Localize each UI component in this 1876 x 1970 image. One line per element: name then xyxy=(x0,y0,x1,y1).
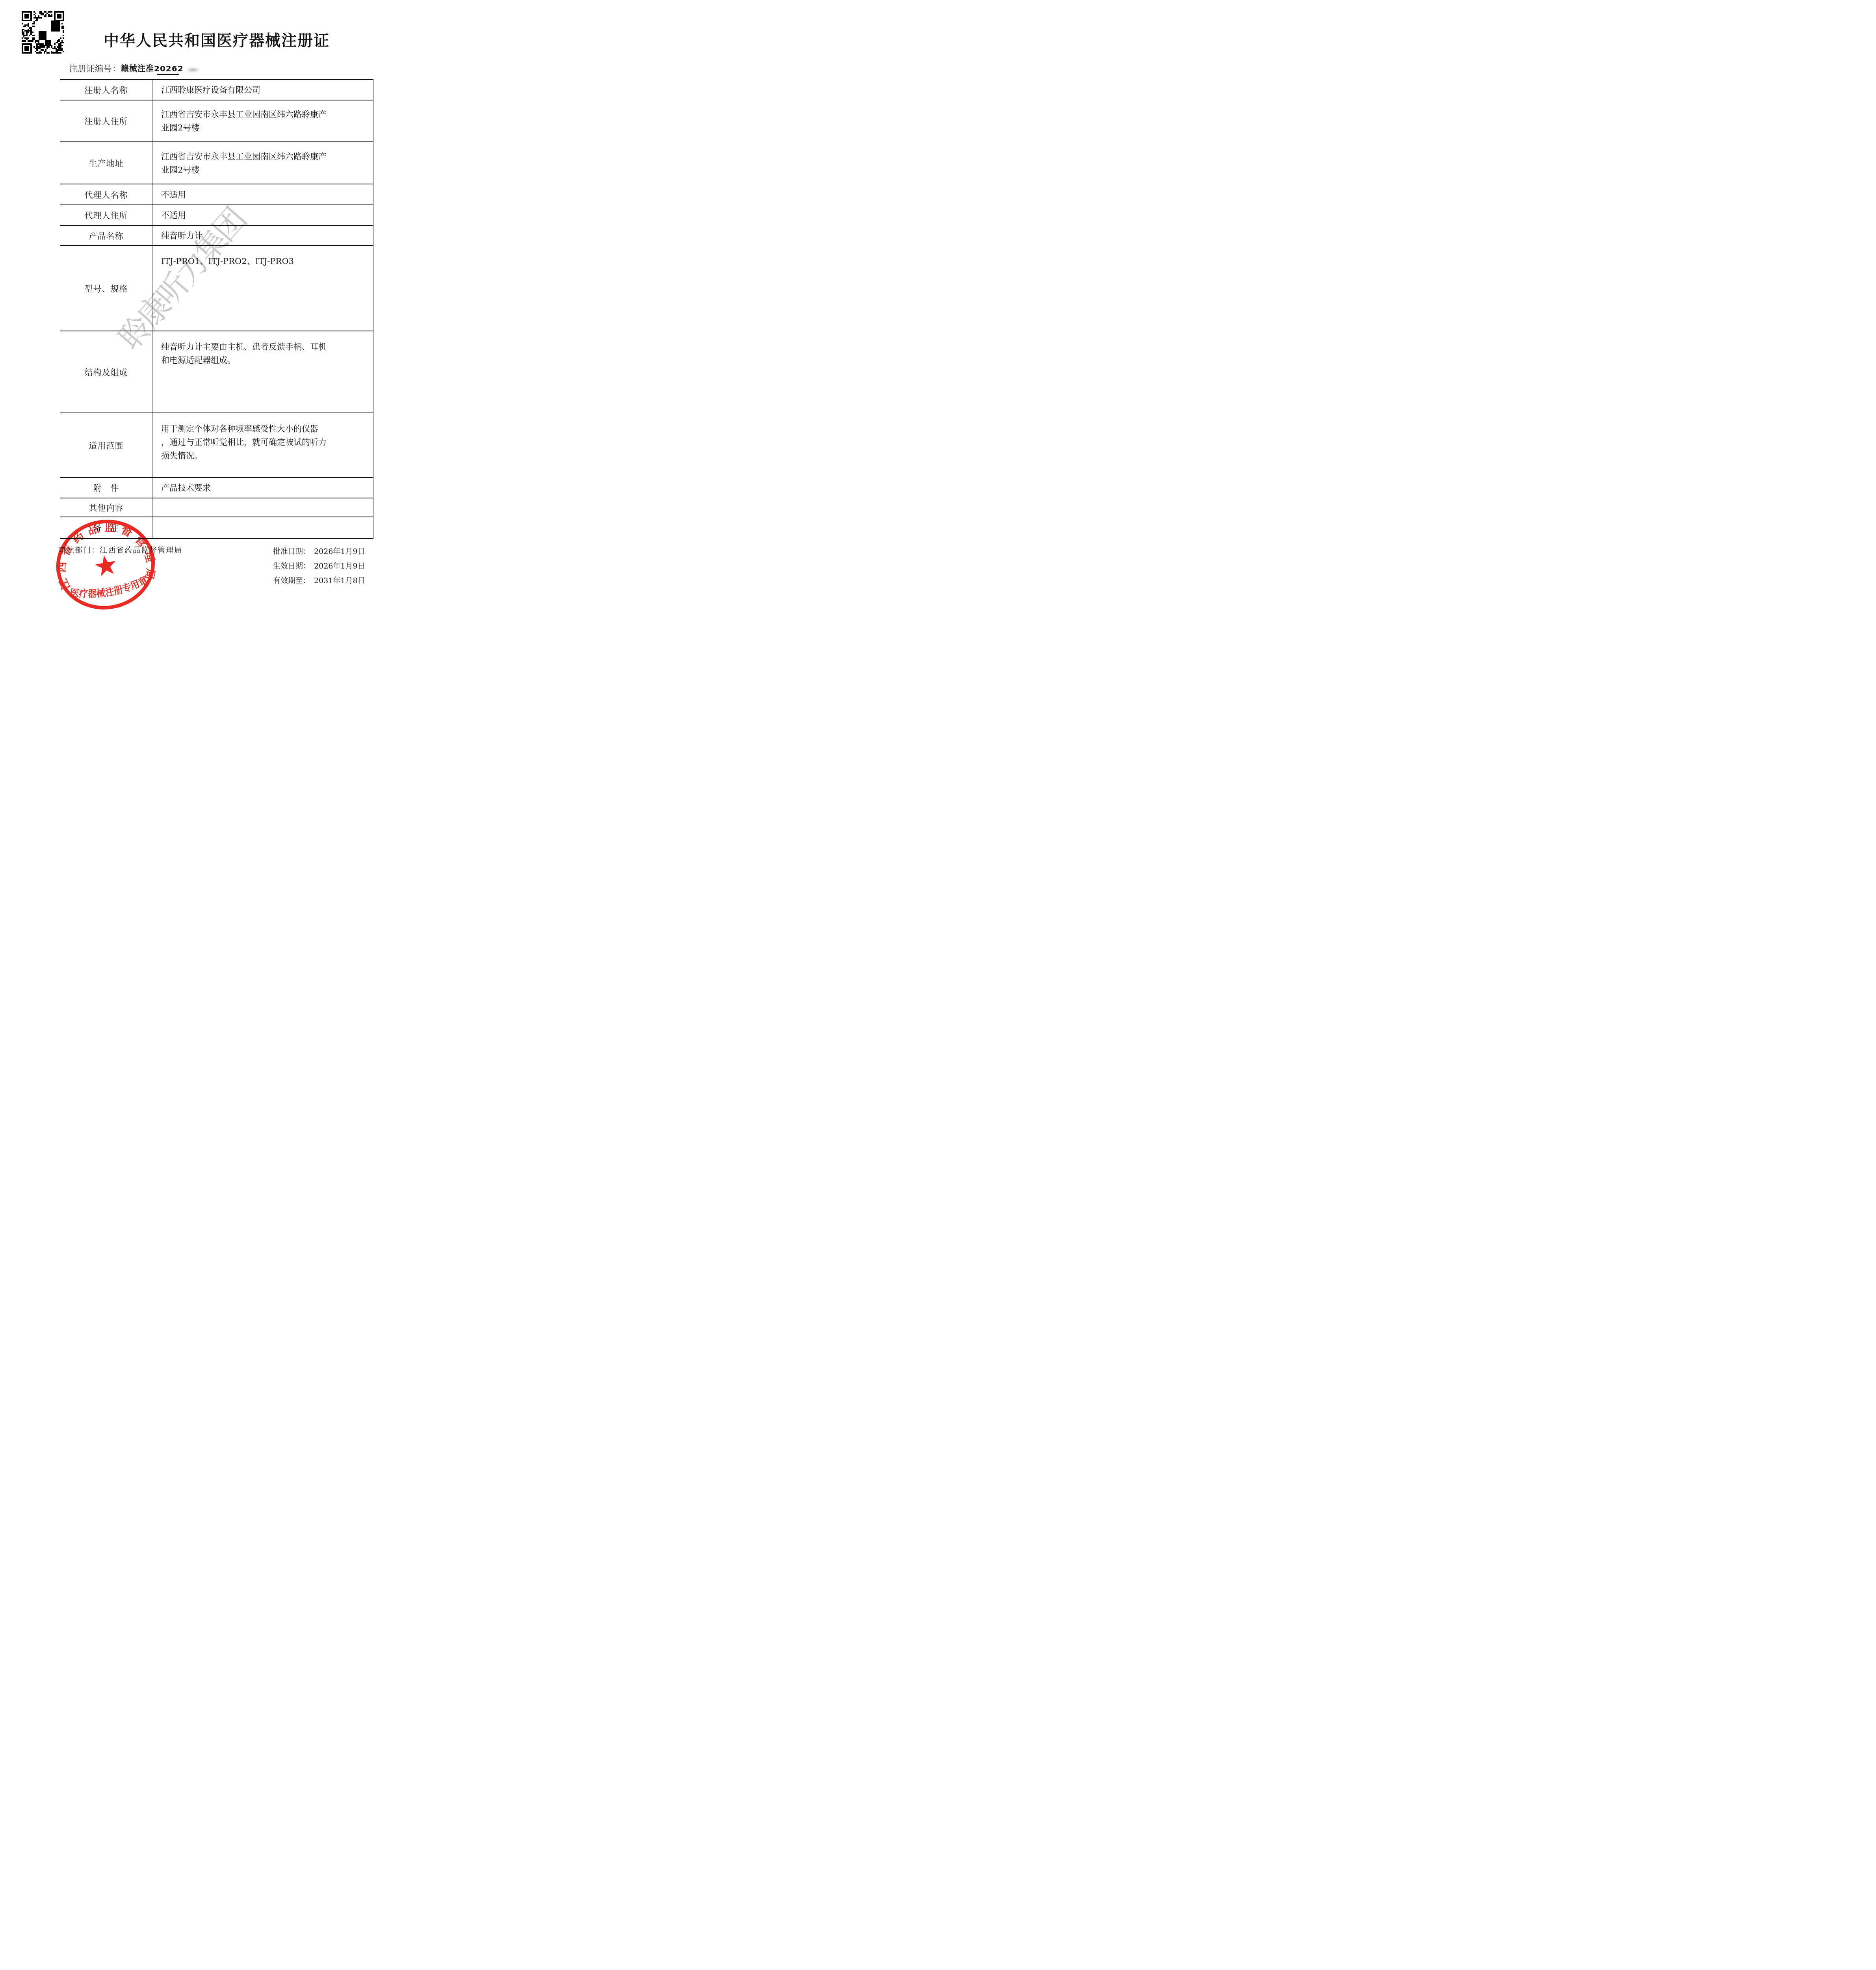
row-value: 纯音听力计 xyxy=(152,226,373,245)
row-value: 纯音听力计主要由主机、患者反馈手柄、耳机 和电源适配器组成。 xyxy=(152,331,373,413)
star-icon xyxy=(94,554,118,577)
effect-date-line: 生效日期： 2026年1月9日 xyxy=(273,558,365,573)
certificate-title: 中华人民共和国医疗器械注册证 xyxy=(0,28,433,50)
row-value: 江西聆康医疗设备有限公司 xyxy=(152,80,373,100)
table-row: 生产地址 江西省吉安市永丰县工业园南区纬六路聆康产 业园2号楼 xyxy=(60,142,373,184)
row-label: 适用范围 xyxy=(60,413,152,477)
row-label: 其他内容 xyxy=(60,498,152,517)
row-label: 注册人住所 xyxy=(60,100,152,141)
approve-date-label: 批准日期： xyxy=(273,546,310,556)
approve-date-line: 批准日期： 2026年1月9日 xyxy=(273,544,365,558)
row-value xyxy=(152,498,373,517)
effect-date-label: 生效日期： xyxy=(273,560,310,571)
table-row: 注册人名称 江西聆康医疗设备有限公司 xyxy=(60,80,373,100)
row-value: 用于测定个体对各种频率感受性大小的仪器 ，通过与正常听觉相比，就可确定被试的听力… xyxy=(152,413,373,477)
row-value xyxy=(152,517,373,538)
row-label: 注册人名称 xyxy=(60,80,152,100)
stamp-seal-icon: 江西省药品监督管理局 医疗器械注册专用章 xyxy=(52,516,159,613)
certificate-table: 注册人名称 江西聆康医疗设备有限公司 注册人住所 江西省吉安市永丰县工业园南区纬… xyxy=(60,79,373,539)
row-value: 不适用 xyxy=(152,184,373,204)
row-label: 产品名称 xyxy=(60,226,152,245)
row-value: 产品技术要求 xyxy=(152,478,373,498)
row-label: 代理人住所 xyxy=(60,205,152,225)
table-row: 代理人住所 不适用 xyxy=(60,205,373,226)
table-row: 适用范围 用于测定个体对各种频率感受性大小的仪器 ，通过与正常听觉相比，就可确定… xyxy=(60,413,373,478)
registration-number-underline xyxy=(157,74,179,75)
registration-number-label: 注册证编号： xyxy=(69,64,121,73)
row-label: 代理人名称 xyxy=(60,184,152,204)
row-label: 附 件 xyxy=(60,478,152,498)
approve-date-value: 2026年1月9日 xyxy=(314,546,365,556)
table-row: 结构及组成 纯音听力计主要由主机、患者反馈手柄、耳机 和电源适配器组成。 xyxy=(60,331,373,413)
expiry-date-label: 有效期至： xyxy=(273,575,310,585)
certificate-page: 中华人民共和国医疗器械注册证 注册证编号：赣械注准20262 聆康听力集团 注册… xyxy=(0,0,433,613)
table-row: 附 件 产品技术要求 xyxy=(60,478,373,498)
expiry-date-value: 2031年1月8日 xyxy=(314,575,365,585)
row-value: ITJ-PRO1、ITJ-PRO2、ITJ-PRO3 xyxy=(152,246,373,331)
row-label: 型号、规格 xyxy=(60,246,152,331)
table-row: 其他内容 xyxy=(60,498,373,517)
row-value: 江西省吉安市永丰县工业园南区纬六路聆康产 业园2号楼 xyxy=(152,142,373,184)
table-row: 代理人名称 不适用 xyxy=(60,184,373,205)
registration-number-line: 注册证编号：赣械注准20262 xyxy=(69,62,184,74)
row-value: 江西省吉安市永丰县工业园南区纬六路聆康产 业园2号楼 xyxy=(152,100,373,141)
row-value: 不适用 xyxy=(152,205,373,225)
expiry-date-line: 有效期至： 2031年1月8日 xyxy=(273,573,365,587)
table-row: 注册人住所 江西省吉安市永丰县工业园南区纬六路聆康产 业园2号楼 xyxy=(60,100,373,142)
table-row: 型号、规格 ITJ-PRO1、ITJ-PRO2、ITJ-PRO3 xyxy=(60,246,373,331)
effect-date-value: 2026年1月9日 xyxy=(314,560,365,571)
official-stamp: 江西省药品监督管理局 医疗器械注册专用章 xyxy=(52,516,159,613)
row-label: 结构及组成 xyxy=(60,331,152,413)
faded-text-smudge xyxy=(186,67,200,72)
footer-dates: 批准日期： 2026年1月9日 生效日期： 2026年1月9日 有效期至： 20… xyxy=(273,544,365,587)
table-row: 产品名称 纯音听力计 xyxy=(60,226,373,246)
registration-number-value: 赣械注准20262 xyxy=(121,64,184,73)
row-label: 生产地址 xyxy=(60,142,152,184)
